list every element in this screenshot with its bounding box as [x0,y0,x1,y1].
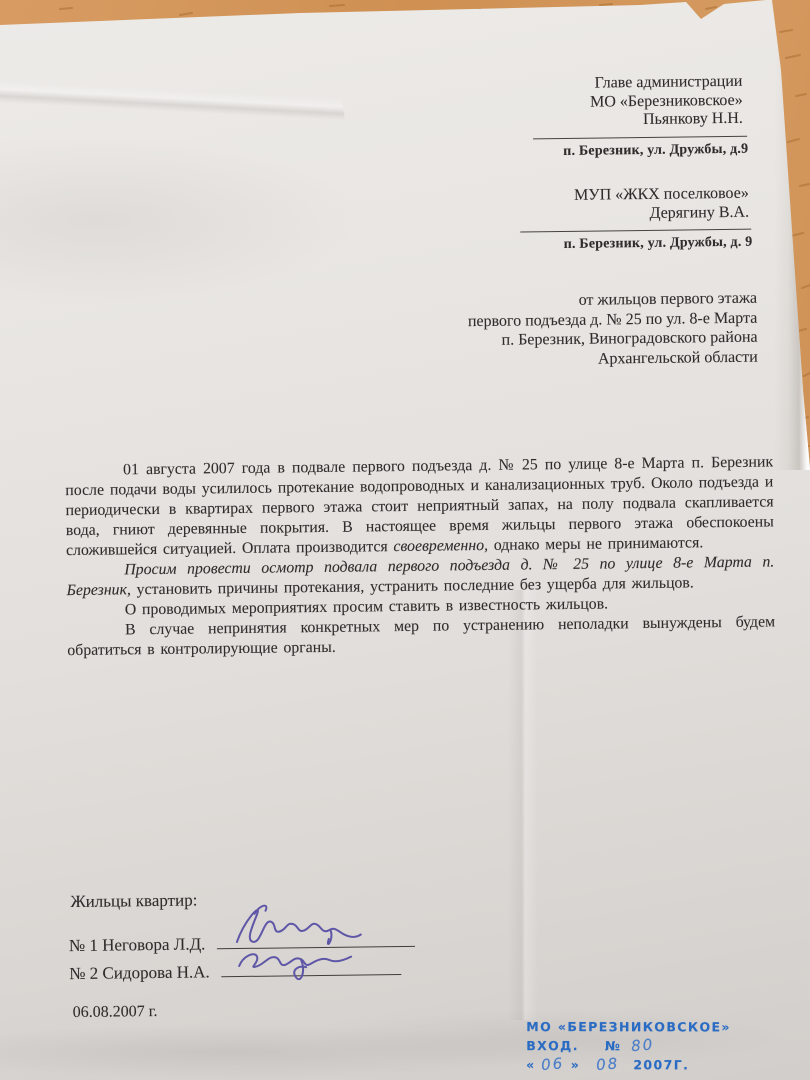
recipient-address: п. Березник, ул. Дружбы, д. 9 [520,230,752,255]
recipient-address: п. Березник, ул. Дружбы, д.9 [533,136,748,161]
stamp-year: 2007Г. [633,1056,689,1074]
stamp-number-handwritten: 80 [631,1035,656,1055]
signature-line [222,960,402,977]
recipient-line: Пьянкову Н.Н. [533,110,743,131]
recipient-line: Главе администрации [532,73,742,94]
paragraph-1-italic: своевременно, [393,537,488,555]
signature-sidorova-handwriting [231,940,371,982]
stamp-month-handwritten: 08 [596,1054,621,1074]
signer-label: № 2 Сидорова Н.А. [69,962,210,983]
signer-label: № 1 Неговора Л.Д. [69,934,206,955]
letter-content: Главе администрации МО «Березниковское» … [0,0,810,1080]
stamp-incoming-label: ВХОД. [526,1037,579,1055]
letter-date: 06.08.2007 г. [73,1003,158,1022]
stamp-incoming-row: ВХОД. № 80 [526,1036,731,1055]
recipient-line: МУП «ЖКХ поселковое» [520,185,749,206]
document-paper: Главе администрации МО «Березниковское» … [0,0,810,1080]
recipient-block-utility: МУП «ЖКХ поселковое» Дерягину В.А. п. Бе… [520,185,750,255]
stamp-day-handwritten: 06 [541,1054,566,1074]
recipient-line: Дерягину В.А. [520,203,749,224]
sender-line: Архангельской области [468,347,758,370]
stamp-quote-open: « [526,1056,536,1074]
stamp-quote-close: » [571,1056,581,1074]
sender-block: от жильцов первого этажа первого подъезд… [468,289,758,371]
signature-row-2: № 2 Сидорова Н.А. [69,960,402,984]
paragraph-4: В случае непринятия конкретных мер по ус… [67,612,775,661]
signatures-heading: Жильцы квартир: [70,891,197,913]
paragraph-1-tail: однако меры не принимаются. [488,534,703,554]
recipient-block-administration: Главе администрации МО «Березниковское» … [532,73,743,162]
stamp-date-row: « 06 » 08 2007Г. [526,1055,731,1074]
photo-of-letter: Главе администрации МО «Березниковское» … [0,0,810,1080]
paragraph-1: 01 августа 2007 года в подвале первого п… [65,452,774,561]
stamp-organization: МО «БЕРЕЗНИКОВСКОЕ» [526,1018,731,1036]
stamp-number-sign: № [605,1037,621,1055]
letter-body: 01 августа 2007 года в подвале первого п… [65,452,775,661]
incoming-stamp: МО «БЕРЕЗНИКОВСКОЕ» ВХОД. № 80 « 06 » 08 [526,1018,731,1074]
